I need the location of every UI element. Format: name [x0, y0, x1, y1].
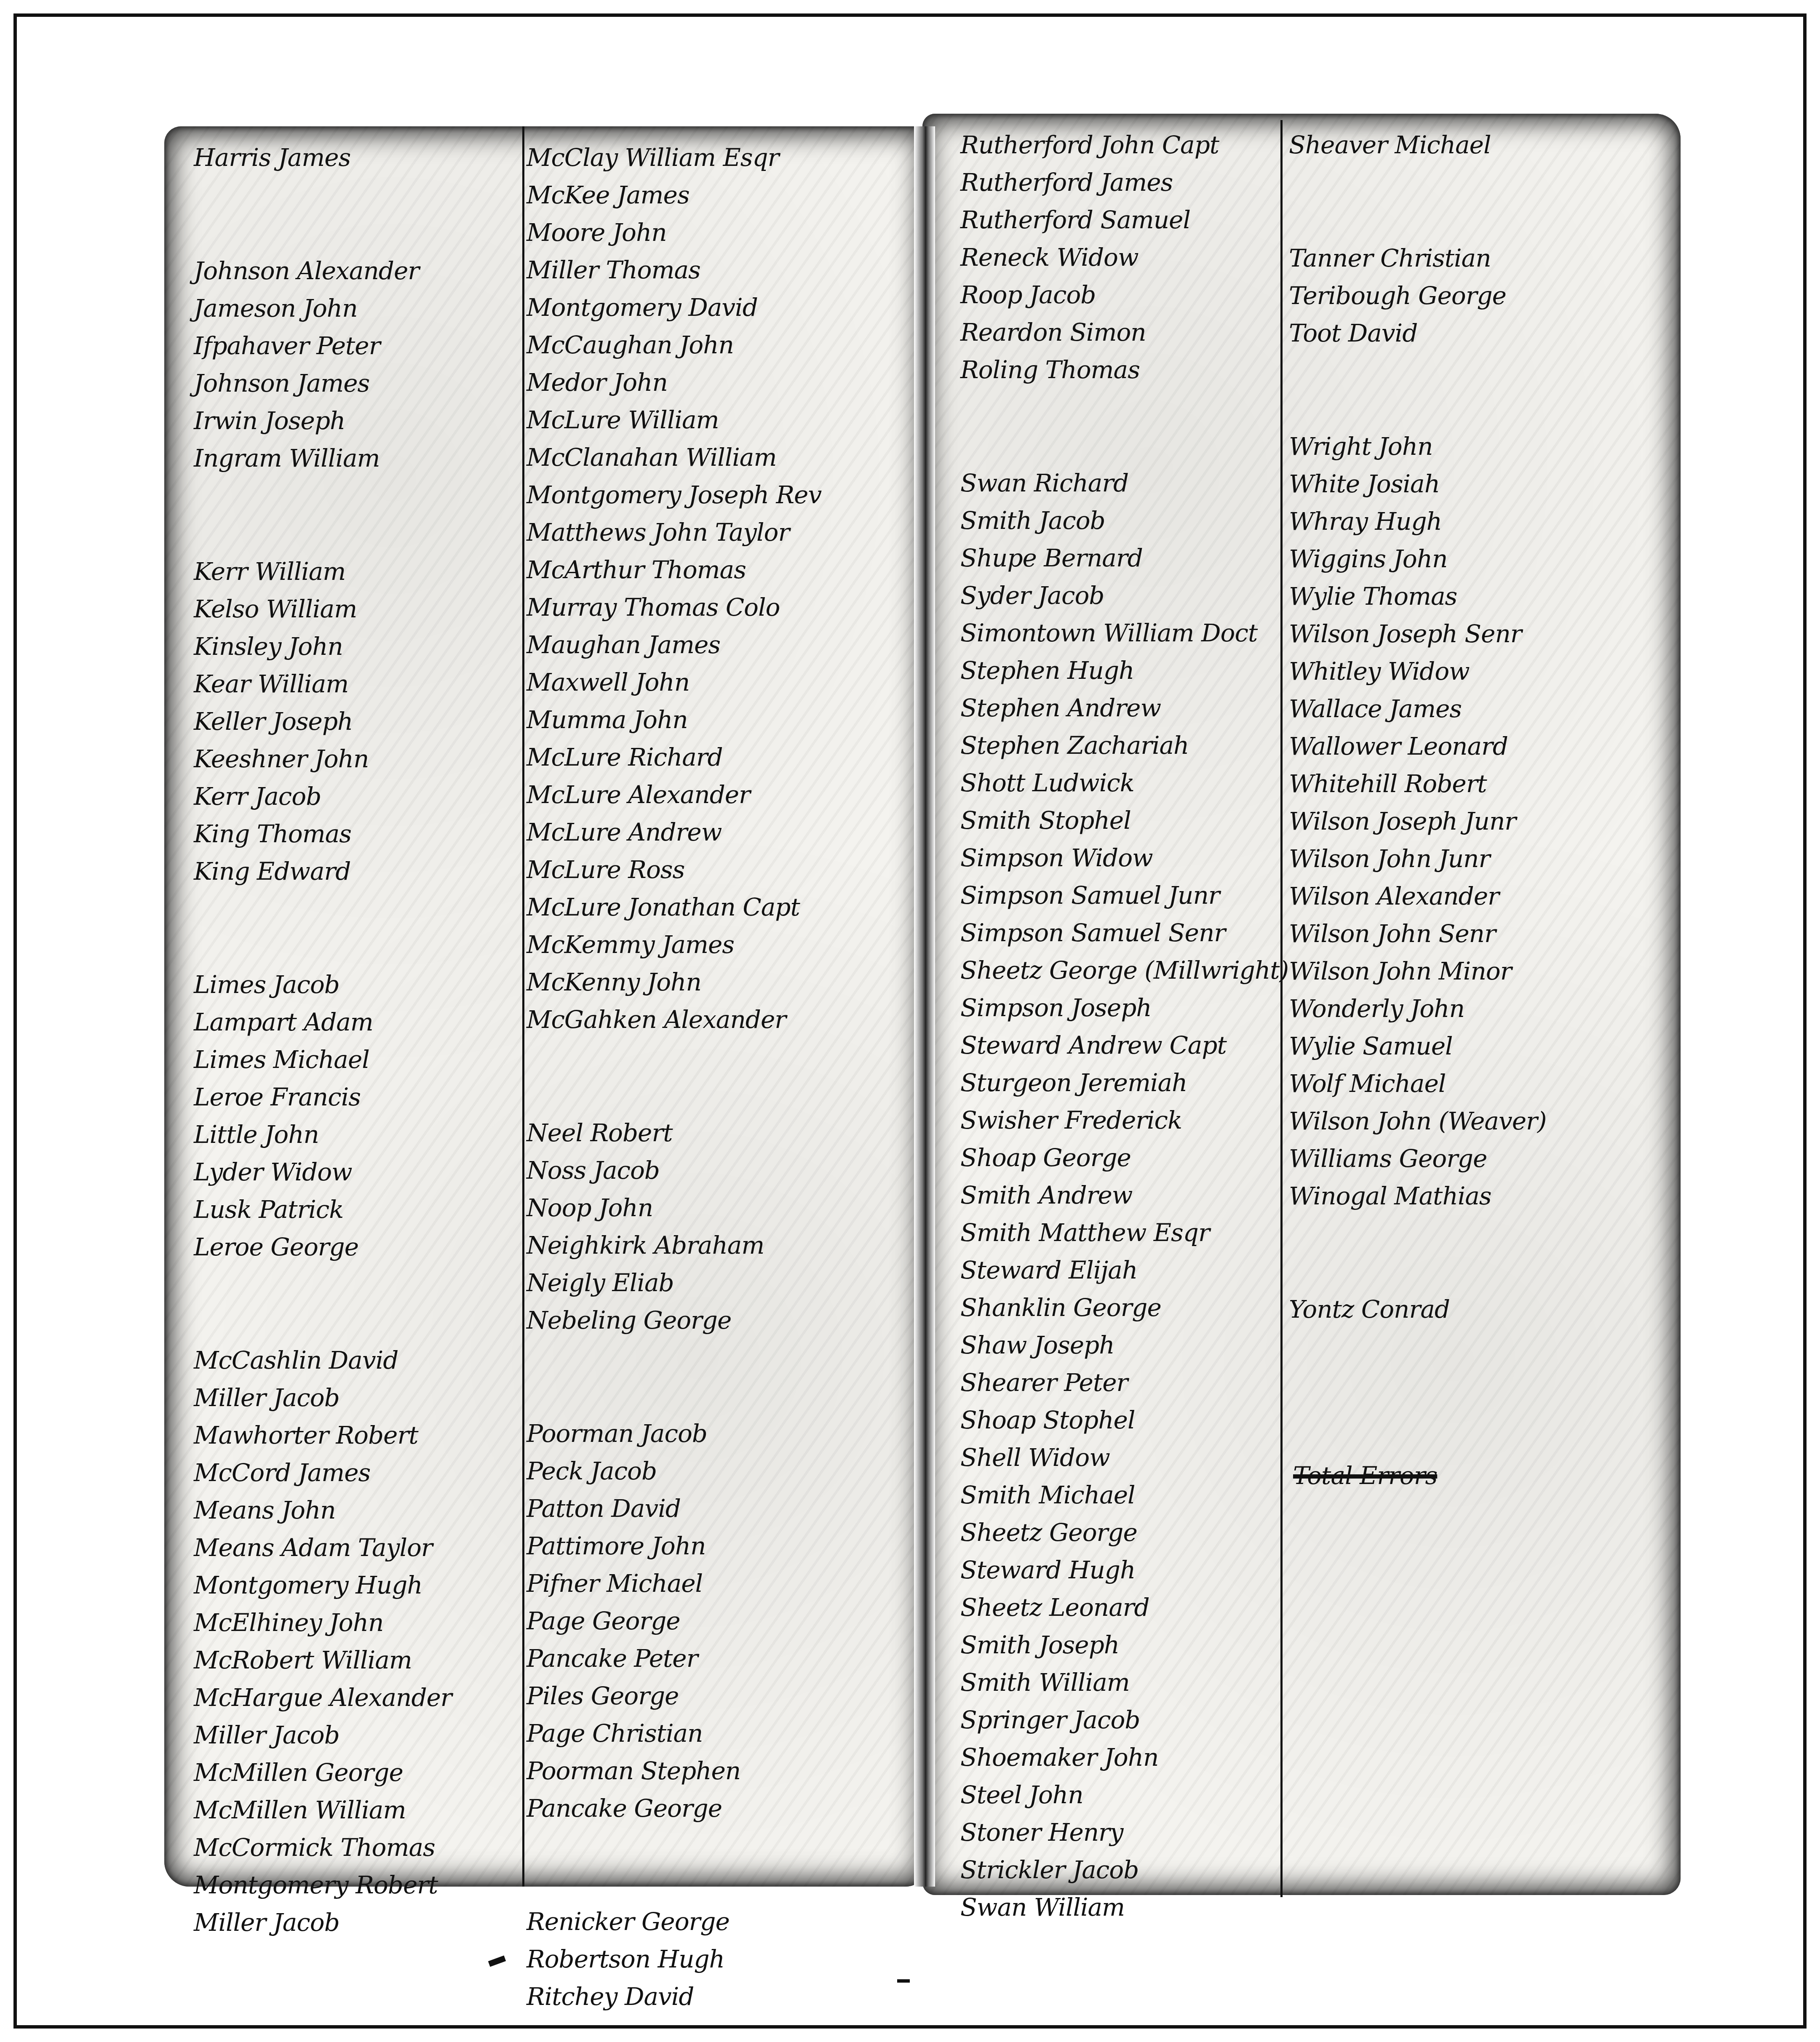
name-entry: Peck Jacob: [526, 1452, 906, 1490]
name-entry: Mawhorter Robert: [194, 1417, 514, 1454]
name-entry: Shoap Stophel: [960, 1401, 1276, 1439]
name-entry: Murray Thomas Colo: [526, 589, 906, 626]
name-entry: Reardon Simon: [960, 314, 1276, 351]
name-entry: Nebeling George: [526, 1302, 906, 1339]
name-entry: Roop Jacob: [960, 276, 1276, 314]
name-entry: Sheetz George (Millwright): [960, 952, 1276, 989]
name-entry: Kerr William: [194, 553, 514, 590]
name-entry: Pattimore John: [526, 1527, 906, 1565]
name-entry: Renicker George: [526, 1903, 906, 1941]
name-entry: Wilson John Senr: [1289, 915, 1660, 953]
column-rule-right-page: [1280, 120, 1283, 1897]
name-entry: Page Christian: [526, 1715, 906, 1752]
name-entry: McCashlin David: [194, 1342, 514, 1379]
name-entry: Syder Jacob: [960, 577, 1276, 614]
name-entry: Patton David: [526, 1490, 906, 1527]
name-entry: Wolf Michael: [1289, 1065, 1660, 1102]
name-entry: Leroe George: [194, 1228, 514, 1266]
name-entry: Simontown William Doct: [960, 614, 1276, 652]
name-entry: Kerr Jacob: [194, 778, 514, 815]
name-entry: Robertson Hugh: [526, 1941, 906, 1978]
name-entry: McHargue Alexander: [194, 1679, 514, 1716]
name-entry: Shott Ludwick: [960, 764, 1276, 802]
name-entry: McCormick Thomas: [194, 1829, 514, 1866]
name-entry: Wilson John Junr: [1289, 840, 1660, 878]
name-entry: Stephen Hugh: [960, 652, 1276, 689]
name-entry: Smith William: [960, 1664, 1276, 1701]
name-entry: McLure Andrew: [526, 814, 906, 851]
name-entry: Shanklin George: [960, 1289, 1276, 1327]
name-entry: Harris James: [194, 139, 514, 176]
name-entry: Wright John: [1289, 428, 1660, 465]
name-entry: Steel John: [960, 1776, 1276, 1814]
name-entry: Pancake George: [526, 1790, 906, 1827]
name-entry: McKee James: [526, 176, 906, 214]
name-entry: McLure Jonathan Capt: [526, 889, 906, 926]
name-entry: Simpson Joseph: [960, 989, 1276, 1027]
name-entry: Wylie Thomas: [1289, 578, 1660, 615]
name-entry: Smith Andrew: [960, 1177, 1276, 1214]
name-entry: Yontz Conrad: [1289, 1291, 1660, 1328]
name-entry: McCord James: [194, 1454, 514, 1492]
group-gap: [960, 389, 1276, 464]
name-entry: McLure William: [526, 401, 906, 439]
name-entry: Montgomery Hugh: [194, 1567, 514, 1604]
struck-total-entry: Total Errors: [1293, 1457, 1437, 1495]
name-entry: Smith Jacob: [960, 502, 1276, 539]
name-entry: Ritchey David: [526, 1978, 906, 2015]
name-entry: Neel Robert: [526, 1114, 906, 1152]
name-entry: McClay William Esqr: [526, 139, 906, 176]
name-entry: Ifpahaver Peter: [194, 327, 514, 365]
name-entry: Mumma John: [526, 701, 906, 739]
name-entry: Rutherford Samuel: [960, 201, 1276, 239]
name-entry: Tanner Christian: [1289, 240, 1660, 277]
name-entry: Noop John: [526, 1189, 906, 1227]
name-entry: Ingram William: [194, 440, 514, 477]
name-entry: Wonderly John: [1289, 990, 1660, 1028]
name-entry: Williams George: [1289, 1140, 1660, 1177]
name-entry: Keeshner John: [194, 740, 514, 778]
name-entry: Means Adam Taylor: [194, 1529, 514, 1567]
group-gap: [194, 1266, 514, 1342]
group-gap: [194, 176, 514, 252]
name-entry: Limes Michael: [194, 1041, 514, 1078]
name-entry: McGahken Alexander: [526, 1001, 906, 1038]
column-3: Rutherford John CaptRutherford JamesRuth…: [960, 126, 1276, 1926]
name-entry: Noss Jacob: [526, 1152, 906, 1189]
name-entry: McKenny John: [526, 964, 906, 1001]
name-entry: Maughan James: [526, 626, 906, 664]
name-entry: Whray Hugh: [1289, 503, 1660, 540]
name-entry: McMillen William: [194, 1791, 514, 1829]
name-entry: Roling Thomas: [960, 351, 1276, 389]
name-entry: Shaw Joseph: [960, 1327, 1276, 1364]
name-entry: King Thomas: [194, 815, 514, 853]
name-entry: Shupe Bernard: [960, 539, 1276, 577]
name-entry: Steward Andrew Capt: [960, 1027, 1276, 1064]
name-entry: Swisher Frederick: [960, 1102, 1276, 1139]
column-rule-left-page: [522, 126, 524, 1887]
name-entry: Jameson John: [194, 290, 514, 327]
name-entry: Wilson John Minor: [1289, 953, 1660, 990]
name-entry: Piles George: [526, 1677, 906, 1715]
name-entry: Kinsley John: [194, 628, 514, 665]
name-entry: Steward Hugh: [960, 1551, 1276, 1589]
group-gap: [526, 1038, 906, 1114]
name-entry: Strickler Jacob: [960, 1851, 1276, 1889]
name-entry: Sheetz George: [960, 1514, 1276, 1551]
name-entry: Miller Jacob: [194, 1379, 514, 1417]
name-entry: Shell Widow: [960, 1439, 1276, 1476]
name-entry: Montgomery Robert: [194, 1866, 514, 1904]
name-entry: Steward Elijah: [960, 1252, 1276, 1289]
name-entry: Maxwell John: [526, 664, 906, 701]
name-entry: McLure Richard: [526, 739, 906, 776]
name-entry: Johnson James: [194, 365, 514, 402]
group-gap: [526, 1827, 906, 1903]
name-entry: Montgomery Joseph Rev: [526, 476, 906, 514]
name-entry: Lampart Adam: [194, 1004, 514, 1041]
group-gap: [194, 890, 514, 966]
name-entry: McCaughan John: [526, 326, 906, 364]
name-entry: White Josiah: [1289, 465, 1660, 503]
name-entry: Wiggins John: [1289, 540, 1660, 578]
name-entry: Stoner Henry: [960, 1814, 1276, 1851]
name-entry: Miller Jacob: [194, 1904, 514, 1941]
name-entry: Wilson Joseph Junr: [1289, 803, 1660, 840]
name-entry: McKemmy James: [526, 926, 906, 964]
group-gap: [1289, 1215, 1660, 1291]
name-entry: Johnson Alexander: [194, 252, 514, 290]
name-entry: Whitehill Robert: [1289, 765, 1660, 803]
book-gutter: [914, 126, 935, 1887]
name-entry: Simpson Samuel Junr: [960, 877, 1276, 914]
column-2: McClay William EsqrMcKee JamesMoore John…: [526, 139, 906, 2015]
name-entry: McMillen George: [194, 1754, 514, 1791]
group-gap: [1289, 164, 1660, 240]
name-entry: Toot David: [1289, 315, 1660, 352]
name-entry: Neigly Eliab: [526, 1264, 906, 1302]
name-entry: Pancake Peter: [526, 1640, 906, 1677]
name-entry: McRobert William: [194, 1642, 514, 1679]
group-gap: [194, 477, 514, 553]
name-entry: Lusk Patrick: [194, 1191, 514, 1228]
name-entry: Sheaver Michael: [1289, 126, 1660, 164]
name-entry: Wilson Joseph Senr: [1289, 615, 1660, 653]
name-entry: Reneck Widow: [960, 239, 1276, 276]
name-entry: Sturgeon Jeremiah: [960, 1064, 1276, 1102]
name-entry: Simpson Samuel Senr: [960, 914, 1276, 952]
name-entry: Keller Joseph: [194, 703, 514, 740]
name-entry: McLure Ross: [526, 851, 906, 889]
name-entry: Poorman Jacob: [526, 1415, 906, 1452]
name-entry: Poorman Stephen: [526, 1752, 906, 1790]
name-entry: King Edward: [194, 853, 514, 890]
name-entry: Stephen Zachariah: [960, 727, 1276, 764]
name-entry: Page George: [526, 1602, 906, 1640]
name-entry: Wilson John (Weaver): [1289, 1102, 1660, 1140]
name-entry: Rutherford John Capt: [960, 126, 1276, 164]
name-entry: Swan William: [960, 1889, 1276, 1926]
column-1: Harris JamesJohnson AlexanderJameson Joh…: [194, 139, 514, 1941]
name-entry: Irwin Joseph: [194, 402, 514, 440]
name-entry: Stephen Andrew: [960, 689, 1276, 727]
group-gap: [1289, 352, 1660, 428]
name-entry: Teribough George: [1289, 277, 1660, 315]
name-entry: Swan Richard: [960, 464, 1276, 502]
name-entry: Smith Joseph: [960, 1626, 1276, 1664]
column-4: Sheaver MichaelTanner ChristianTeribough…: [1289, 126, 1660, 1328]
name-entry: McElhiney John: [194, 1604, 514, 1642]
name-entry: Wallace James: [1289, 690, 1660, 728]
name-entry: Smith Michael: [960, 1476, 1276, 1514]
name-entry: Wylie Samuel: [1289, 1028, 1660, 1065]
name-entry: Lyder Widow: [194, 1153, 514, 1191]
name-entry: Moore John: [526, 214, 906, 251]
name-entry: Little John: [194, 1116, 514, 1153]
name-entry: Shearer Peter: [960, 1364, 1276, 1401]
name-entry: Medor John: [526, 364, 906, 401]
name-entry: Pifner Michael: [526, 1565, 906, 1602]
name-entry: Sheetz Leonard: [960, 1589, 1276, 1626]
name-entry: Kear William: [194, 665, 514, 703]
name-entry: Wallower Leonard: [1289, 728, 1660, 765]
name-entry: McLure Alexander: [526, 776, 906, 814]
name-entry: Springer Jacob: [960, 1701, 1276, 1739]
name-entry: Wilson Alexander: [1289, 878, 1660, 915]
name-entry: Shoemaker John: [960, 1739, 1276, 1776]
name-entry: Rutherford James: [960, 164, 1276, 201]
scan-mark: [897, 1979, 910, 1983]
name-entry: Shoap George: [960, 1139, 1276, 1177]
name-entry: McArthur Thomas: [526, 551, 906, 589]
name-entry: Matthews John Taylor: [526, 514, 906, 551]
name-entry: Miller Thomas: [526, 251, 906, 289]
name-entry: Whitley Widow: [1289, 653, 1660, 690]
name-entry: Smith Matthew Esqr: [960, 1214, 1276, 1252]
name-entry: McClanahan William: [526, 439, 906, 476]
name-entry: Miller Jacob: [194, 1716, 514, 1754]
name-entry: Leroe Francis: [194, 1078, 514, 1116]
name-entry: Montgomery David: [526, 289, 906, 326]
name-entry: Kelso William: [194, 590, 514, 628]
name-entry: Simpson Widow: [960, 839, 1276, 877]
name-entry: Smith Stophel: [960, 802, 1276, 839]
name-entry: Winogal Mathias: [1289, 1177, 1660, 1215]
group-gap: [526, 1339, 906, 1415]
name-entry: Means John: [194, 1492, 514, 1529]
name-entry: Neighkirk Abraham: [526, 1227, 906, 1264]
name-entry: Limes Jacob: [194, 966, 514, 1004]
